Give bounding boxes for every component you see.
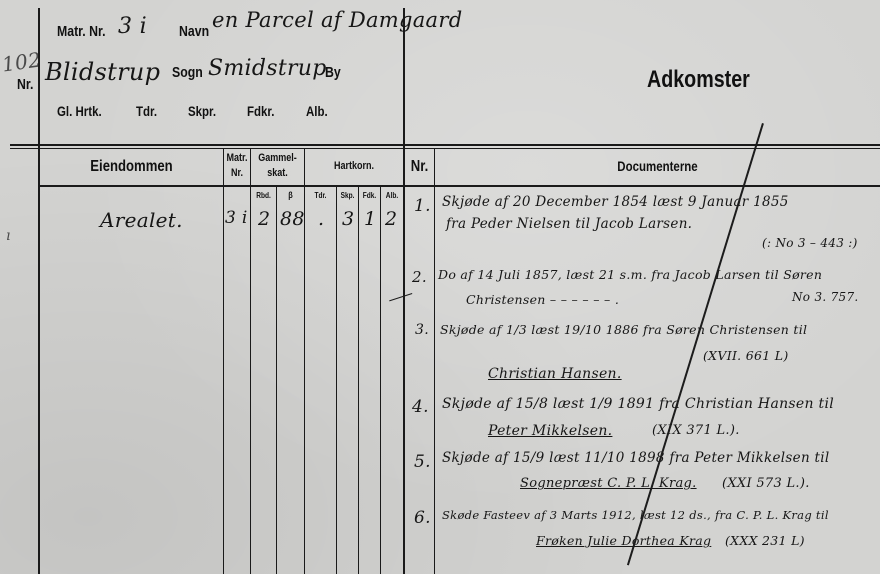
entry-line: Frøken Julie Dorthea Krag <box>536 533 711 548</box>
entry-line: Sognepræst C. P. L. Krag. <box>520 476 697 491</box>
header-matr-line1: Matr. <box>226 152 247 164</box>
middle-divider-line <box>403 8 405 574</box>
entry-nr: 2. <box>412 268 427 286</box>
margin-page-number: 102 <box>1 47 43 76</box>
cell-rbd: 2 <box>258 208 270 230</box>
by-label: By <box>325 64 341 81</box>
entry-ref: (XXI 573 L.). <box>722 476 810 491</box>
subheader-tdr: Tdr. <box>308 191 333 200</box>
matr-nr-label: Matr. Nr. <box>57 23 106 40</box>
cell-skp: 3 <box>342 208 354 230</box>
header-documenterne: Documenterne <box>475 158 840 174</box>
col-line-doc-nr <box>434 149 435 574</box>
header-rule-top <box>10 144 880 146</box>
ledger-page: 102 ı Matr. Nr. 3 i Navn en Parcel af Da… <box>0 0 880 574</box>
subheader-rbd: Rbd. <box>253 191 274 200</box>
header-doc-nr: Nr. <box>408 158 432 176</box>
nr-label: Nr. <box>17 76 33 93</box>
header-gammelskat-line1: Gammel- <box>256 152 299 164</box>
sogn-label: Sogn <box>172 64 203 81</box>
cell-matr-nr: 3 i <box>225 208 248 228</box>
cell-eiendommen: Arealet. <box>100 208 183 232</box>
entry-line: Do af 14 Juli 1857, læst 21 s.m. fra Jac… <box>438 267 822 282</box>
entry-line: Skøde Fasteev af 3 Marts 1912, læst 12 d… <box>442 508 829 522</box>
cell-fdk: 1 <box>364 208 376 230</box>
entry-nr: 4. <box>412 397 429 417</box>
entry-line: Christian Hansen. <box>488 366 622 382</box>
alb-label: Alb. <box>306 103 328 119</box>
cancellation-stroke <box>627 123 764 565</box>
gl-hrtk-label: Gl. Hrtk. <box>57 103 102 119</box>
header-hartkorn: Hartkorn. <box>314 160 394 172</box>
header-eiendommen: Eiendommen <box>56 158 206 176</box>
navn-value: en Parcel af Damgaard <box>212 8 462 32</box>
entry-nr: 3. <box>415 322 429 338</box>
col-line-fdk <box>358 187 359 574</box>
sogn-value: Smidstrup <box>208 56 327 81</box>
entry-line: Peter Mikkelsen. <box>488 423 612 439</box>
col-line-matr <box>223 149 224 574</box>
margin-mark: ı <box>6 228 11 244</box>
entry-nr: 1. <box>414 196 431 216</box>
parish-value: Blidstrup <box>45 58 160 86</box>
fdkr-label: Fdkr. <box>247 103 274 119</box>
subheader-fdk: Fdk. <box>361 191 378 200</box>
entry-ref: No 3. 757. <box>792 290 859 304</box>
entry-line: Skjøde af 15/8 læst 1/9 1891 fra Christi… <box>442 396 834 412</box>
header-matr-line2: Nr. <box>226 167 247 179</box>
entry-ref: (: No 3 – 443 :) <box>762 236 858 250</box>
left-border-line <box>38 8 40 574</box>
tdr-label: Tdr. <box>136 103 157 119</box>
col-line-gammelskat <box>250 149 251 574</box>
subheader-skp: Skp. <box>339 191 356 200</box>
table-header-rule <box>40 185 880 187</box>
subheader-alb: Alb. <box>383 191 401 200</box>
entry-ref: (XXX 231 L) <box>725 533 805 548</box>
col-line-rbd-skilling <box>276 187 277 574</box>
entry-line: fra Peder Nielsen til Jacob Larsen. <box>446 216 692 232</box>
entry-nr: 5. <box>414 452 431 472</box>
navn-label: Navn <box>179 23 209 40</box>
entry-ref: (XVII. 661 L) <box>703 348 789 363</box>
header-gammelskat-line2: skat. <box>256 167 299 179</box>
cell-skilling: 88 <box>280 208 305 230</box>
cell-alb: 2 <box>385 208 397 230</box>
entry-line: Skjøde af 1/3 læst 19/10 1886 fra Søren … <box>440 322 807 337</box>
col-line-alb <box>380 187 381 574</box>
margin-tick <box>389 293 412 301</box>
subheader-skilling: β <box>279 190 301 200</box>
col-line-skp <box>336 187 337 574</box>
section-title: Adkomster <box>647 66 750 94</box>
entry-nr: 6. <box>414 508 431 528</box>
header-rule-bottom <box>10 148 880 149</box>
cell-tdr: . <box>318 208 324 230</box>
matr-nr-value: 3 i <box>118 14 147 39</box>
skpr-label: Skpr. <box>188 103 216 119</box>
entry-line: Skjøde af 15/9 læst 11/10 1898 fra Peter… <box>442 450 830 466</box>
entry-line: Christensen – – – – – – . <box>466 292 619 307</box>
